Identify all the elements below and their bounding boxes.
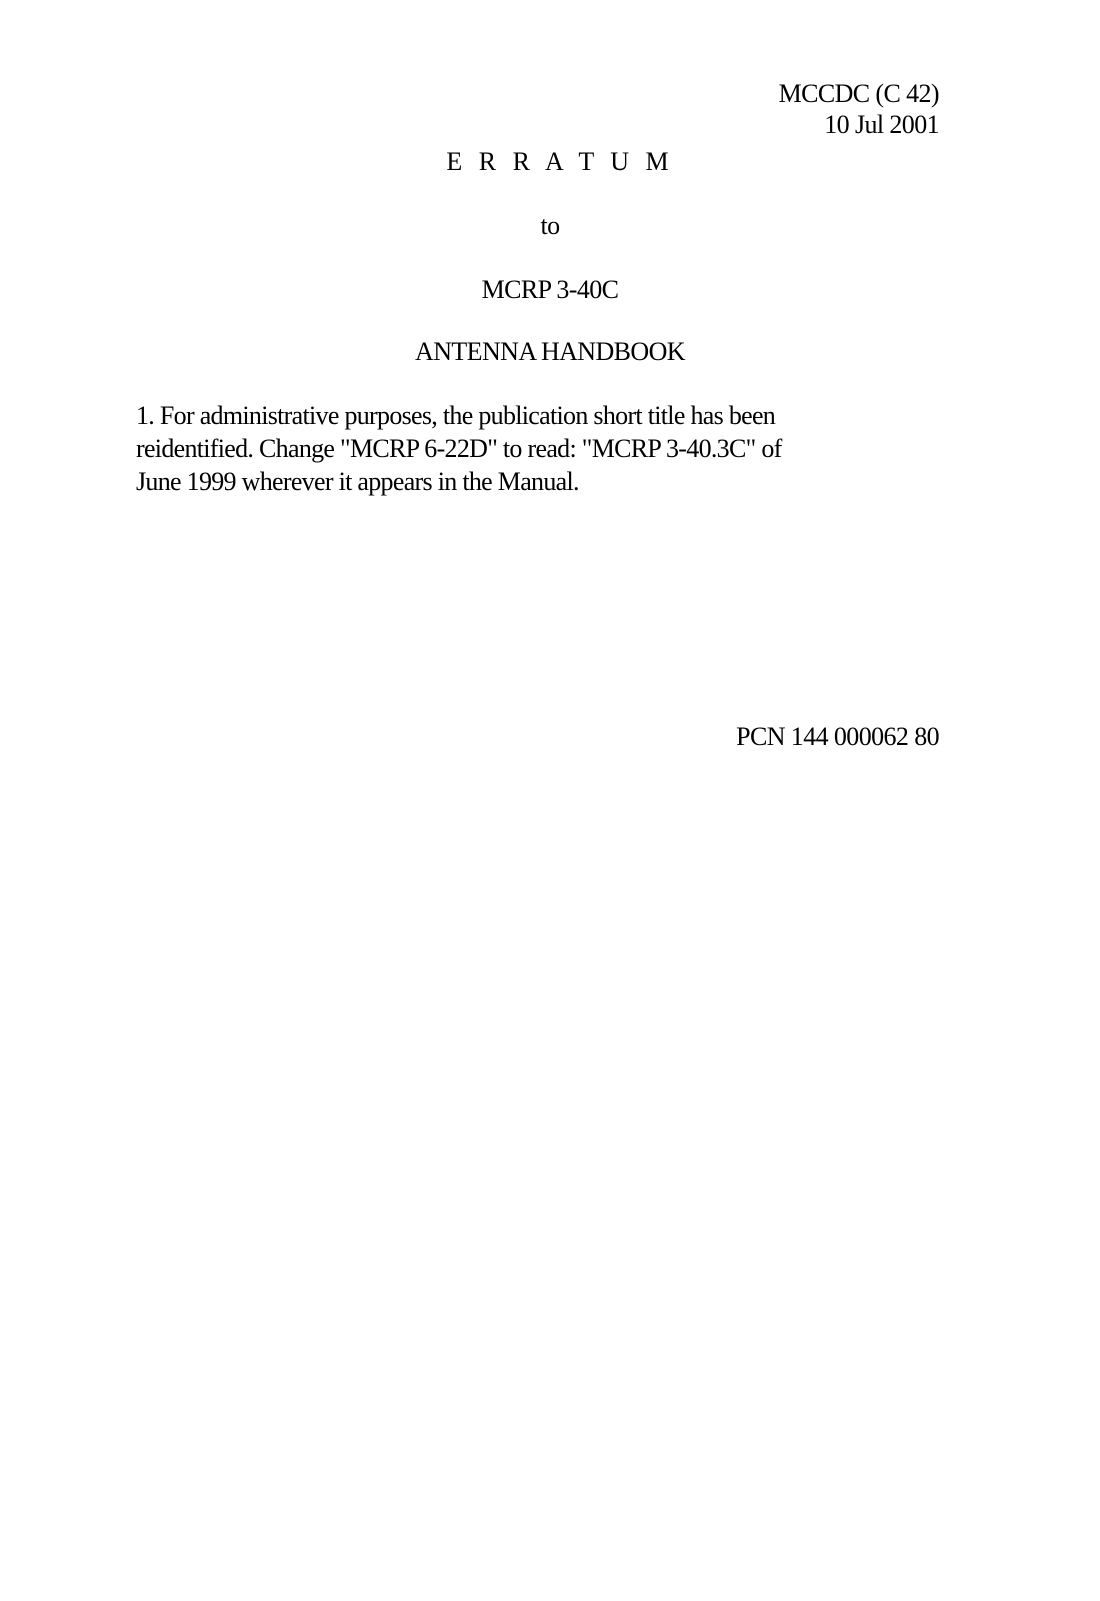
body-paragraph-1: 1. For administrative purposes, the publ… bbox=[136, 399, 896, 498]
paragraph-line: reidentified. Change "MCRP 6-22D" to rea… bbox=[136, 432, 896, 465]
title-connector: to bbox=[0, 210, 1100, 241]
erratum-heading: E R R A T U M bbox=[10, 146, 1100, 177]
document-page: MCCDC (C 42) 10 Jul 2001 E R R A T U M t… bbox=[0, 0, 1100, 1601]
organization-code: MCCDC (C 42) bbox=[779, 78, 939, 109]
paragraph-line: 1. For administrative purposes, the publ… bbox=[136, 399, 896, 432]
document-date: 10 Jul 2001 bbox=[779, 109, 939, 140]
pcn-number: PCN 144 000062 80 bbox=[736, 721, 939, 752]
paragraph-line: June 1999 wherever it appears in the Man… bbox=[136, 465, 896, 498]
publication-name: ANTENNA HANDBOOK bbox=[0, 336, 1100, 367]
header-block: MCCDC (C 42) 10 Jul 2001 bbox=[779, 78, 939, 140]
publication-number: MCRP 3-40C bbox=[0, 274, 1100, 305]
